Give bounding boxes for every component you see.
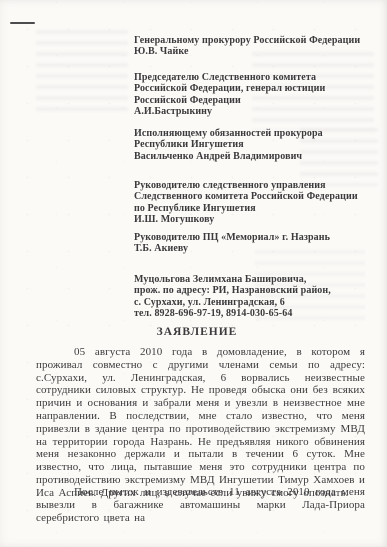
body-paragraph-2: После пыток и издевательств 11 августа 2… [36,486,365,524]
recipient-block-investigative-directorate-head: Руководителю следственного управления Сл… [134,180,382,225]
recipient-line: Ю.В. Чайке [134,46,382,57]
document-title: ЗАЯВЛЕНИЕ [36,326,358,338]
applicant-details-block: Муцольгова Зелимхана Башировича, прож. п… [134,274,382,319]
applicant-line: Муцольгова Зелимхана Башировича, [134,274,382,285]
recipient-block-prosecutor-general: Генеральному прокурору Российской Федера… [134,35,382,58]
bleed-through-artifact [36,30,128,112]
recipient-line: И.Ш. Могушкову [134,214,382,225]
recipient-line: Российской Федерации, генерал юстиции [134,83,382,94]
applicant-line: с. Сурхахи, ул. Ленинградская, 6 [134,297,382,308]
recipient-line: Республики Ингушетия [134,139,382,150]
recipient-line: по Республике Ингушетия [134,203,382,214]
applicant-line: тел. 8928-696-97-19, 8914-030-65-64 [134,308,382,319]
recipient-line: Т.Б. Акиеву [134,243,382,254]
recipient-block-acting-prosecutor-ingushetia: Исполняющему обязанностей прокурора Респ… [134,128,382,162]
recipient-line: Российской Федерации [134,95,382,106]
recipient-line: Председателю Следственного комитета [134,72,382,83]
recipient-line: Исполняющему обязанностей прокурора [134,128,382,139]
applicant-line: прож. по адресу: РИ, Назрановский район, [134,285,382,296]
recipient-line: Васильченко Андрей Владимирович [134,151,382,162]
recipient-line: Генеральному прокурору Российской Федера… [134,35,382,46]
recipient-block-memorial-head: Руководителю ПЦ «Мемориал» г. Назрань Т.… [134,232,382,255]
recipient-line: Руководителю следственного управления [134,180,382,191]
body-paragraph-1: 05 августа 2010 года в домовладение, в к… [36,346,365,500]
recipient-line: А.И.Бастрыкину [134,106,382,117]
recipient-line: Следственного комитета Российской Федера… [134,191,382,202]
scan-mark-dash [10,22,35,24]
recipient-block-investigative-committee-chair: Председателю Следственного комитета Росс… [134,72,382,117]
recipient-line: Руководителю ПЦ «Мемориал» г. Назрань [134,232,382,243]
scanned-document-page: Генеральному прокурору Российской Федера… [0,0,387,547]
